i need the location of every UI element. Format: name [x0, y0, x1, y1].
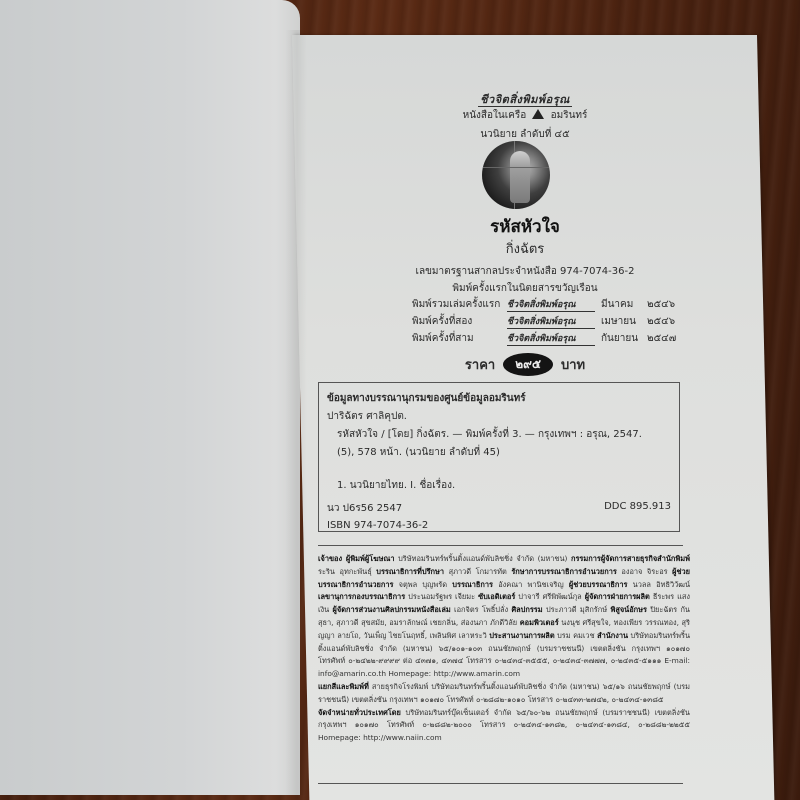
cip-isbn: ISBN 974-7074-36-2 — [327, 520, 428, 531]
credit-text: สายธุรกิจโรงพิมพ์ บริษัทอมรินทร์พริ้นติ้… — [318, 682, 690, 704]
series-prefix: หนังสือในเครือ — [463, 110, 527, 121]
credit-text: Homepage: http://www.naiin.com — [318, 733, 442, 742]
publisher-signature: ชีวจิตสิ่งพิมพ์อรุณ — [300, 90, 750, 108]
first-print-note: พิมพ์ครั้งแรกในนิตยสารขวัญเรือน — [300, 281, 750, 296]
credits-paragraph: จัดจำหน่ายทั่วประเทศโดย บริษัทอมรินทร์บุ… — [318, 707, 690, 745]
print-label: พิมพ์รวมเล่มครั้งแรก — [412, 297, 507, 312]
cip-call-number: นว ป6ร56 2547 — [327, 501, 402, 516]
credit-text: จตุพล บุญพรัด — [393, 580, 452, 589]
cip-bottom: นว ป6ร56 2547 DDC 895.913 ISBN 974-7074-… — [327, 501, 671, 531]
cover-figure-silhouette — [510, 151, 530, 203]
credit-role: พิสูจน์อักษร — [610, 605, 647, 614]
print-publisher: ชีวจิตสิ่งพิมพ์อรุณ — [507, 297, 595, 312]
publisher-credits: เจ้าของ ผู้พิมพ์ผู้โฆษณา บริษัทอมรินทร์พ… — [318, 553, 690, 745]
print-year: ๒๕๔๗ — [647, 331, 676, 346]
credit-role: ซับเอดิเตอร์ — [478, 592, 515, 601]
cover-thumbnail-image — [482, 141, 550, 209]
price-label: ราคา — [465, 354, 495, 375]
book-title: รหัสหัวใจ — [300, 213, 750, 240]
print-year: ๒๕๔๖ — [647, 297, 675, 312]
print-publisher: ชีวจิตสิ่งพิมพ์อรุณ — [507, 314, 595, 329]
credit-text: บรม คมเวช — [555, 631, 597, 640]
credit-role: กรรมการผู้จัดการสายธุรกิจสำนักพิมพ์ — [571, 554, 690, 563]
series-line: หนังสือในเครือ อมรินทร์ — [300, 108, 750, 123]
copyright-page-content: ชีวจิตสิ่งพิมพ์อรุณ หนังสือในเครือ อมริน… — [300, 35, 750, 795]
credit-role: คอมพิวเตอร์ — [520, 618, 559, 627]
print-history: พิมพ์รวมเล่มครั้งแรก ชีวจิตสิ่งพิมพ์อรุณ… — [412, 296, 676, 347]
print-history-row: พิมพ์ครั้งที่สอง ชีวจิตสิ่งพิมพ์อรุณ เมษ… — [412, 313, 676, 330]
credit-text: นวลล อิทธิวิวัฒน์ — [627, 580, 690, 589]
price-value: ๒๙๕ — [503, 353, 553, 376]
triangle-logo-icon — [532, 109, 544, 119]
credit-role: เลขานุการกองบรรณาธิการ — [318, 592, 405, 601]
price-row: ราคา ๒๙๕ บาท — [300, 353, 750, 376]
cip-ddc: DDC 895.913 — [604, 501, 671, 516]
print-year: ๒๕๔๖ — [647, 314, 675, 329]
credit-role: ประสานงานการผลิต — [489, 631, 554, 640]
price-currency: บาท — [561, 354, 585, 375]
publisher-signature-text: ชีวจิตสิ่งพิมพ์อรุณ — [478, 93, 572, 107]
print-month: มีนาคม — [601, 297, 647, 312]
credit-text: สุภาวดี โกมารทัต — [444, 567, 511, 576]
series-order: นวนิยาย ลำดับที่ ๔๕ — [300, 127, 750, 142]
print-month: กันยายน — [601, 331, 647, 346]
credit-text: ปาจารี ศรีพิพัฒน์กุล — [515, 592, 584, 601]
isbn-line: เลขมาตรฐานสากลประจำหนังสือ 974-7074-36-2 — [300, 264, 750, 279]
credit-text: บริษัทอมรินทร์พริ้นติ้งแอนด์พับลิชชิ่ง จ… — [395, 554, 571, 563]
credit-text: องอาจ จิระอร — [617, 567, 672, 576]
print-month: เมษายน — [601, 314, 647, 329]
credit-role: สำนักงาน — [597, 631, 628, 640]
credit-role: แยกสีและพิมพ์ที่ — [318, 682, 369, 691]
cip-catalog-box: ข้อมูลทางบรรณานุกรมของศูนย์ข้อมูลอมรินทร… — [318, 382, 680, 532]
credit-role: รักษาการบรรณาธิการอำนวยการ — [511, 567, 617, 576]
credit-text: ระริน อุทกะพันธุ์ — [318, 567, 376, 576]
cip-title: ข้อมูลทางบรรณานุกรมของศูนย์ข้อมูลอมรินทร… — [327, 391, 671, 406]
print-label: พิมพ์ครั้งที่สาม — [412, 331, 507, 346]
credit-text: ประภาวดี มุสิกรักษ์ — [543, 605, 611, 614]
print-publisher: ชีวจิตสิ่งพิมพ์อรุณ — [507, 331, 595, 346]
credit-role: บรรณาธิการที่ปรึกษา — [376, 567, 444, 576]
print-label: พิมพ์ครั้งที่สอง — [412, 314, 507, 329]
left-blank-page — [0, 0, 300, 795]
credit-role: บรรณาธิการ — [452, 580, 493, 589]
credit-role: ผู้จัดการฝ่ายการผลิต — [585, 592, 650, 601]
print-history-row: พิมพ์รวมเล่มครั้งแรก ชีวจิตสิ่งพิมพ์อรุณ… — [412, 296, 676, 313]
credit-role: ศิลปกรรม — [511, 605, 542, 614]
print-history-row: พิมพ์ครั้งที่สาม ชีวจิตสิ่งพิมพ์อรุณ กัน… — [412, 330, 676, 347]
cip-pagination: (5), 578 หน้า. (นวนิยาย ลำดับที่ 45) — [327, 445, 671, 460]
cip-author: ปาริฉัตร ศาลิคุปต. — [327, 409, 671, 424]
credit-role: ผู้ช่วยบรรณาธิการ — [569, 580, 628, 589]
credit-text: ประนอมรัฐพร เจียมะ — [405, 592, 478, 601]
divider-top — [318, 545, 683, 546]
divider-bottom — [318, 783, 683, 784]
credit-role: ผู้จัดการส่วนงานศิลปกรรมหนังสือเล่ม — [333, 605, 451, 614]
credit-role: จัดจำหน่ายทั่วประเทศโดย — [318, 708, 401, 717]
credits-paragraph: แยกสีและพิมพ์ที่ สายธุรกิจโรงพิมพ์ บริษั… — [318, 681, 690, 707]
credits-paragraph: เจ้าของ ผู้พิมพ์ผู้โฆษณา บริษัทอมรินทร์พ… — [318, 553, 690, 681]
credit-role: เจ้าของ ผู้พิมพ์ผู้โฆษณา — [318, 554, 395, 563]
book-author: กิ่งฉัตร — [300, 238, 750, 259]
cip-title-entry: รหัสหัวใจ / [โดย] กิ่งฉัตร. — พิมพ์ครั้ง… — [327, 427, 671, 442]
credit-text: เอกจิตร โพธิ์ปลั่ง — [451, 605, 512, 614]
cip-subjects: 1. นวนิยายไทย. I. ชื่อเรื่อง. — [327, 478, 671, 493]
credit-text: อังคณา พานิชเจริญ — [493, 580, 569, 589]
series-group: อมรินทร์ — [551, 110, 588, 121]
